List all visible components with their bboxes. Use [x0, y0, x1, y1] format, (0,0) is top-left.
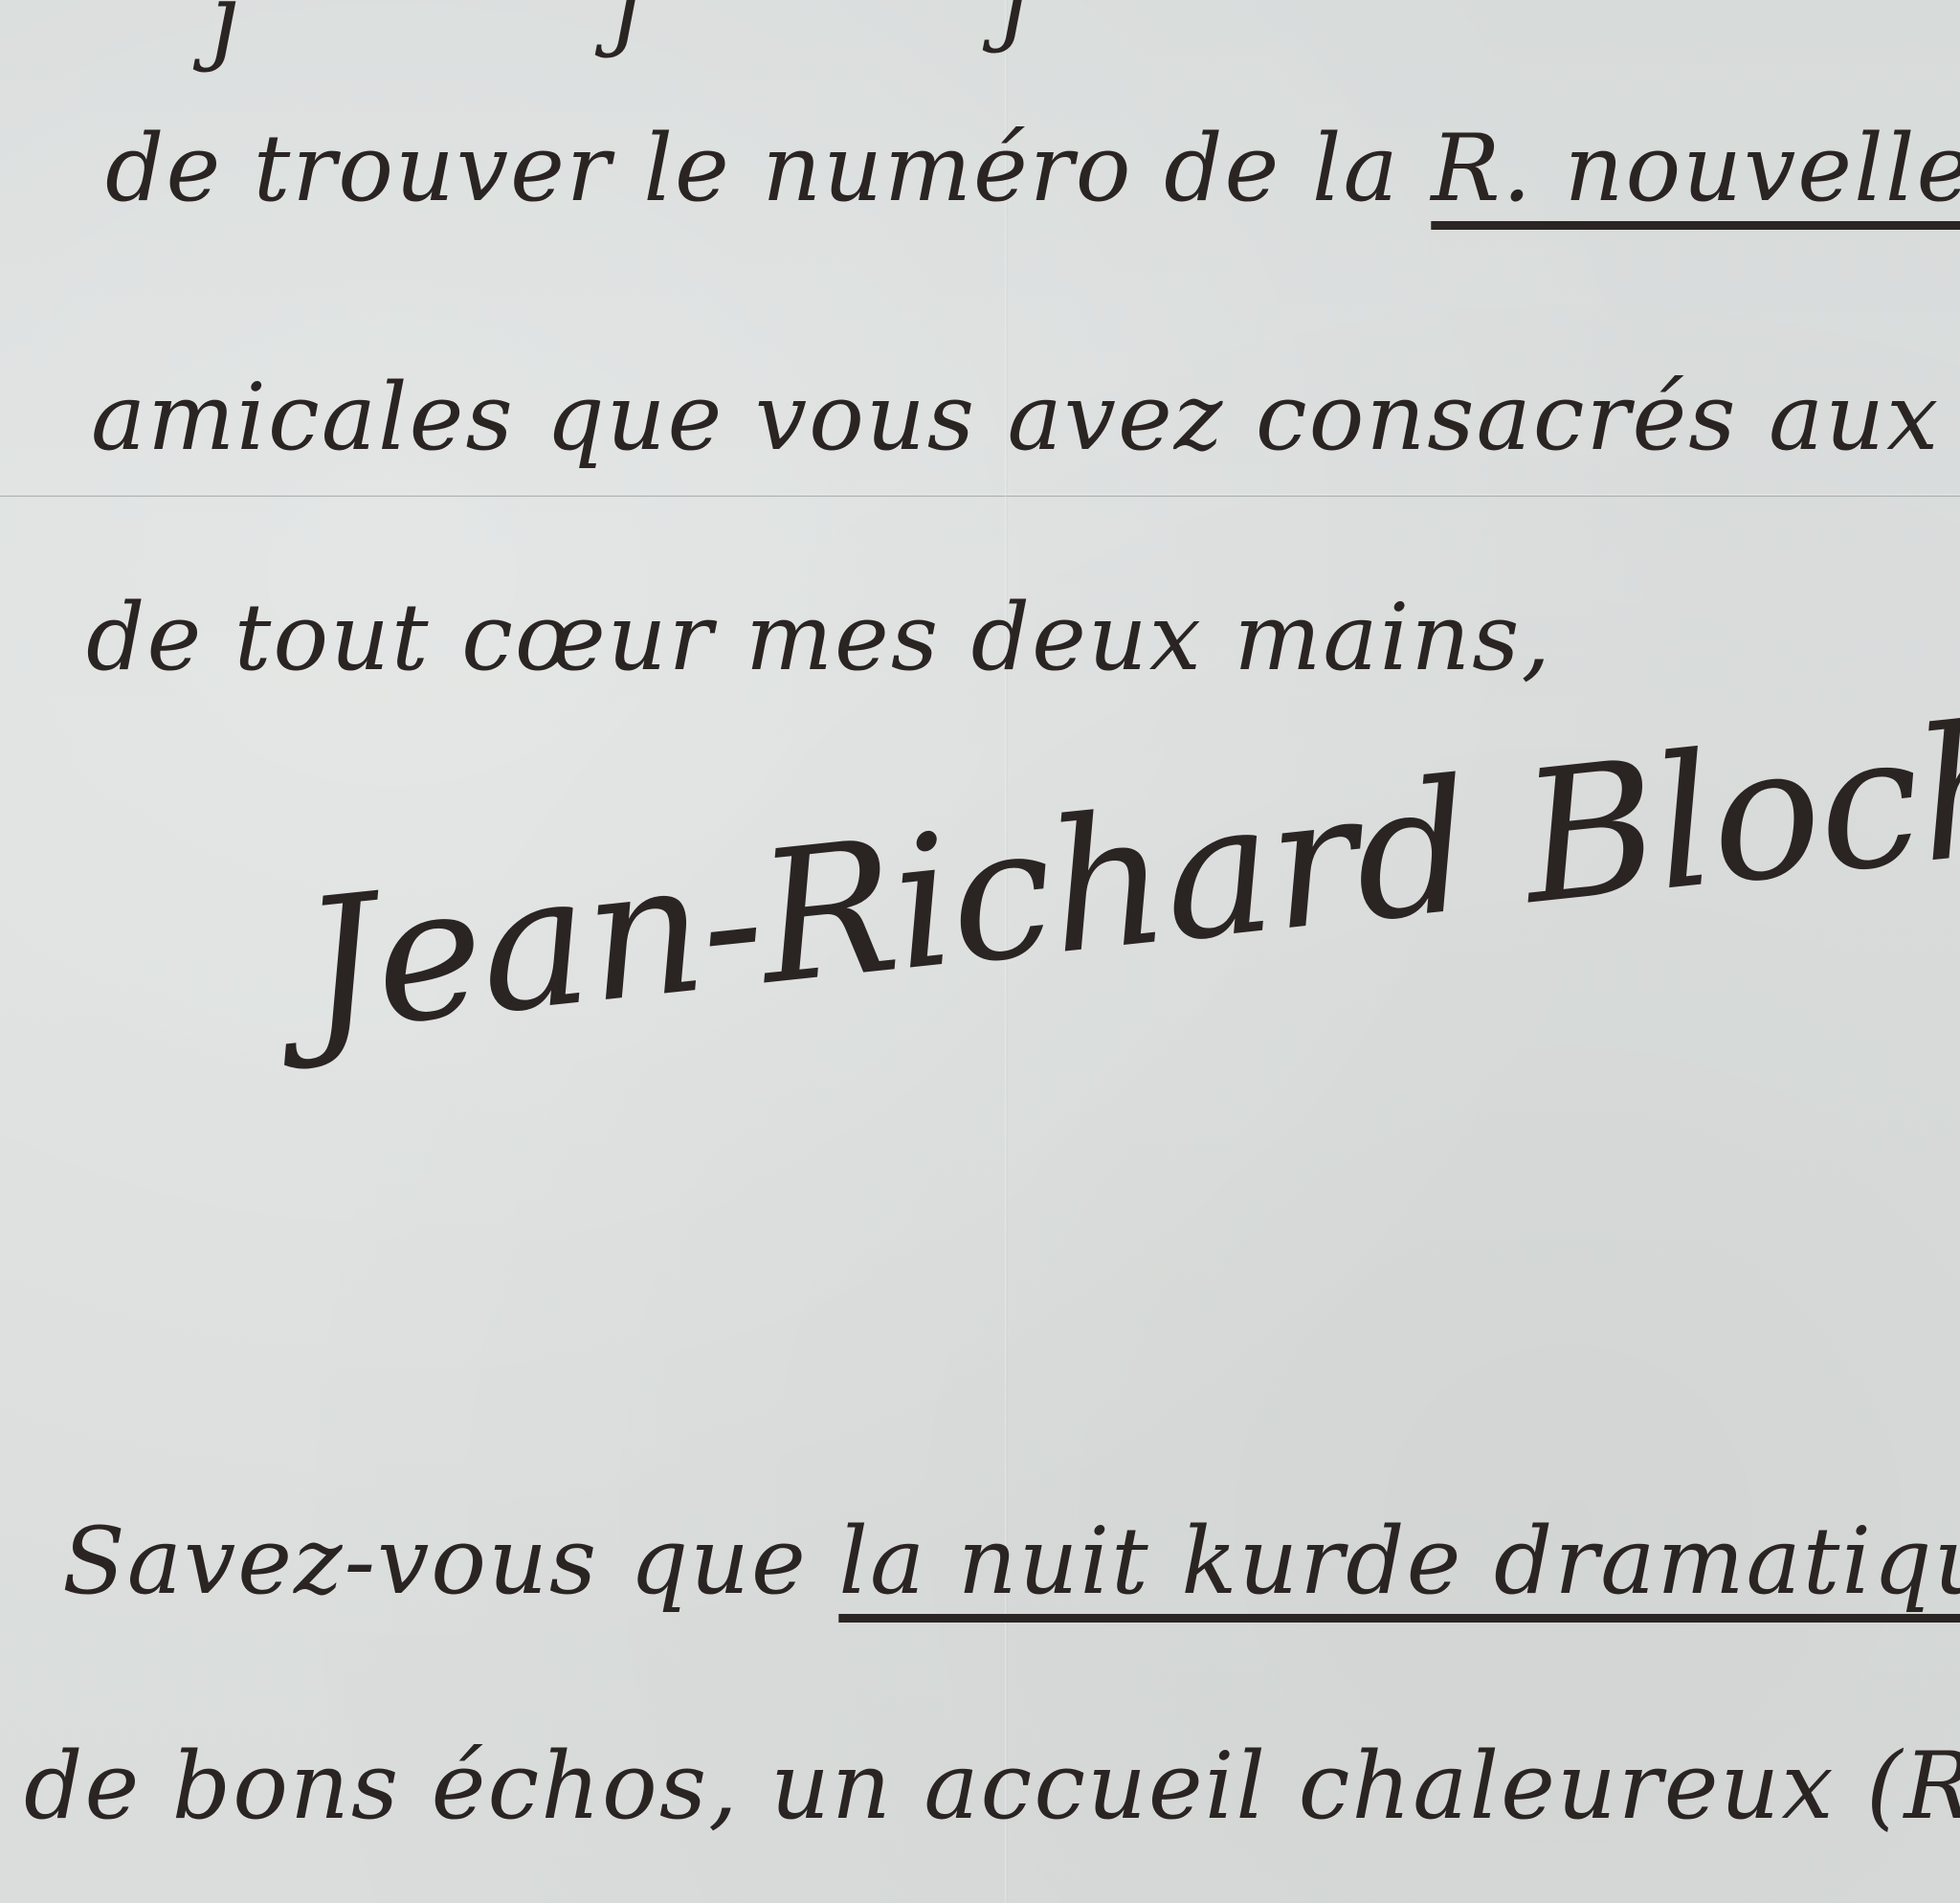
- line-text: de tout cœur mes deux mains,: [86, 584, 1552, 691]
- cropped-descender: j: [211, 0, 240, 74]
- signature: Jean-Richard Bloch.: [294, 675, 1960, 1073]
- postscript-line-2: de bons échos, un accueil chaleureux (R.…: [24, 1733, 1960, 1840]
- line-text: Savez-vous que: [62, 1508, 838, 1615]
- closing-line: de tout cœur mes deux mains,: [86, 584, 1552, 691]
- underlined-title: la nuit kurde dramatique: [838, 1508, 1960, 1615]
- handwritten-line-2: amicales que vous avez consacrés aux Cha…: [91, 364, 1960, 471]
- letter-page: j j j de trouver le numéro de la R. nouv…: [0, 0, 1960, 1903]
- line-text: de bons échos, un accueil chaleureux (R.…: [24, 1733, 1960, 1840]
- line-text: amicales que vous avez consacrés aux: [91, 364, 1960, 471]
- postscript-line-1: Savez-vous que la nuit kurde dramatique …: [62, 1508, 1960, 1615]
- underlined-title: R. nouvelle: [1431, 115, 1960, 222]
- handwritten-line-1: de trouver le numéro de la R. nouvelle a…: [105, 115, 1960, 222]
- horizontal-fold-crease: [0, 494, 1960, 497]
- cropped-descender: j: [1000, 0, 1030, 55]
- line-text: de trouver le numéro de la: [105, 115, 1431, 222]
- cropped-descender: j: [612, 0, 642, 59]
